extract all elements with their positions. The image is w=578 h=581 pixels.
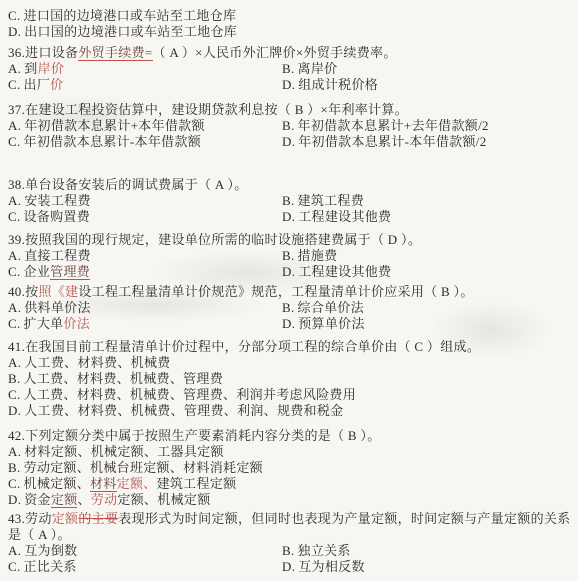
text-segment: 正比关系	[24, 559, 77, 574]
option-label: D.	[8, 403, 21, 418]
q37-stem: 37.在建设工程投资估算中，建设期贷款利息按（ B ）×年利率计算。	[8, 102, 572, 118]
q40-option-b: B.综合单价法	[282, 300, 572, 316]
q37-option-c: C.年初借款本息累计-本年借款额	[8, 134, 282, 150]
q37-option-a: A.年初借款本息累计+本年借款额	[8, 118, 282, 134]
text-segment: 36.进口设备	[8, 45, 78, 60]
text-segment: 出口国的边境港口或车站至工地仓库	[24, 24, 237, 39]
text-segment: 供料单价法	[24, 300, 91, 315]
option-label: D.	[282, 316, 295, 331]
q41-option-d: D.人工费、材料费、机械费、管理费、利润、规费和税金	[8, 403, 572, 419]
q36-option-d: D.组成计税价格	[282, 77, 572, 93]
q36-options: A.到岸价B.离岸价C.出厂价D.组成计税价格	[8, 61, 572, 93]
text-segment: 42.下列定额分类中属于按照生产要素消耗内容分类的是（ B ）。	[8, 428, 381, 443]
q38-option-c: C.设备购置费	[8, 209, 282, 225]
text-segment: 37.在建设工程投资估算中，建设期贷款利息按（ B ）×年利率计算。	[8, 102, 408, 117]
q38-option-b: B.建筑工程费	[282, 193, 572, 209]
text-segment: 组成计税价格	[298, 77, 378, 92]
q40-option-a: A.供料单价法	[8, 300, 282, 316]
text-segment: 离岸价	[298, 61, 338, 76]
option-label: A.	[8, 444, 21, 459]
text-segment: 到	[24, 61, 37, 76]
q43-option-b: B.独立关系	[282, 543, 572, 559]
red-annotation: 定额	[52, 511, 79, 526]
text-segment: 措施费	[298, 248, 338, 263]
exam-page: C.进口国的边境港口或车站至工地仓库D.出口国的边境港口或车站至工地仓库36.进…	[0, 0, 578, 575]
q41-option-a: A.人工费、材料费、机械费	[8, 355, 572, 371]
text-segment: 建筑工程定额	[157, 476, 237, 491]
q43-option-a: A.互为倒数	[8, 543, 282, 559]
q35-tail-options: C.进口国的边境港口或车站至工地仓库D.出口国的边境港口或车站至工地仓库	[8, 8, 572, 40]
option-label: C.	[8, 476, 21, 491]
q40-option-d: D.预算单价法	[282, 316, 572, 332]
option-label: A.	[8, 355, 21, 370]
q39-stem: 39.按照我国的现行规定，建设单位所需的临时设施搭建费属于（ D ）。	[8, 232, 572, 248]
q42-option-b: B.劳动定额、机械台班定额、材料消耗定额	[8, 460, 572, 476]
q39-option-b: B.措施费	[282, 248, 572, 264]
q41-block: 41.在我国目前工程量清单计价过程中，分部分项工程的综合单价由（ C ）组成。A…	[8, 339, 572, 419]
q35-tail-block: C.进口国的边境港口或车站至工地仓库D.出口国的边境港口或车站至工地仓库	[8, 8, 572, 40]
text-segment: 工程建设其他费	[298, 209, 391, 224]
q41-stem: 41.在我国目前工程量清单计价过程中，分部分项工程的综合单价由（ C ）组成。	[8, 339, 572, 355]
q40-stem: 40.按照《建设工程工程量清单计价规范》规范，工程量清单计价应采用（ B ）。	[8, 284, 572, 300]
q39-option-c: C.企业管理费	[8, 264, 282, 280]
option-label: B.	[282, 193, 295, 208]
option-label: C.	[8, 8, 21, 23]
option-label: B.	[282, 118, 295, 133]
red-annotation: 劳动	[91, 492, 118, 507]
text-segment: 机械定额、	[24, 476, 91, 491]
q38-option-d: D.工程建设其他费	[282, 209, 572, 225]
q39-option-d: D.工程建设其他费	[282, 264, 572, 280]
q39-options: A.直接工程费B.措施费C.企业管理费D.工程建设其他费	[8, 248, 572, 280]
text-segment: 出厂	[24, 77, 51, 92]
q41-options: A.人工费、材料费、机械费B.人工费、材料费、机械费、管理费C.人工费、材料费、…	[8, 355, 572, 419]
red-annotation: 定额	[51, 492, 78, 508]
q42-block: 42.下列定额分类中属于按照生产要素消耗内容分类的是（ B ）。A.材料定额、机…	[8, 428, 572, 508]
option-label: A.	[8, 248, 21, 263]
text-segment: 人工费、材料费、机械费、管理费、利润并考虑风险费用	[24, 387, 357, 402]
red-annotation: 岸价	[38, 61, 65, 76]
red-annotation: 的主要	[78, 511, 118, 526]
option-label: D.	[282, 264, 295, 279]
q38-option-a: A.安装工程费	[8, 193, 282, 209]
q38-stem: 38.单台设备安装后的调试费属于（ A ）。	[8, 177, 572, 193]
q36-option-b: B.离岸价	[282, 61, 572, 77]
text-segment: 、	[77, 492, 90, 507]
option-label: D.	[8, 492, 21, 507]
option-label: D.	[282, 559, 295, 574]
text-segment: 劳动定额、机械台班定额、材料消耗定额	[24, 460, 263, 475]
red-annotation: 材料	[90, 476, 117, 492]
text-segment: 扩大单	[24, 316, 64, 331]
text-segment: 综合单价法	[298, 300, 365, 315]
option-label: C.	[8, 77, 21, 92]
text-segment: 年初借款本息累计+去年借款额/2	[298, 118, 489, 133]
q36-stem: 36.进口设备外贸手续费=（ A ）×人民币外汇牌价×外贸手续费率。	[8, 45, 572, 61]
red-annotation: 管理费	[50, 264, 90, 280]
option-label: A.	[8, 300, 21, 315]
q43-option-c: C.正比关系	[8, 559, 282, 575]
option-label: C.	[8, 134, 21, 149]
q37-option-d: D.年初借款本息累计-本年借款额/2	[282, 134, 572, 150]
q42-option-d: D.资金定额、劳动定额、机械定额	[8, 492, 572, 508]
red-annotation: 价法	[63, 316, 90, 331]
option-label: B.	[8, 460, 21, 475]
text-segment: 建筑工程费	[298, 193, 365, 208]
text-segment: 人工费、材料费、机械费、管理费	[24, 371, 224, 386]
q42-option-a: A.材料定额、机械定额、工器具定额	[8, 444, 572, 460]
text-segment: 40.按	[8, 284, 38, 299]
text-segment: 互为倒数	[24, 543, 77, 558]
red-annotation: 定额、	[117, 476, 157, 491]
q35-tail-option-d: D.出口国的边境港口或车站至工地仓库	[8, 24, 572, 40]
option-label: A.	[8, 118, 21, 133]
option-label: C.	[8, 387, 21, 402]
q39-block: 39.按照我国的现行规定，建设单位所需的临时设施搭建费属于（ D ）。A.直接工…	[8, 232, 572, 280]
text-segment: 43.劳动	[8, 511, 52, 526]
q40-option-c: C.扩大单价法	[8, 316, 282, 332]
q36-block: 36.进口设备外贸手续费=（ A ）×人民币外汇牌价×外贸手续费率。A.到岸价B…	[8, 45, 572, 93]
option-label: C.	[8, 559, 21, 574]
text-segment: 预算单价法	[298, 316, 365, 331]
option-label: B.	[282, 543, 295, 558]
option-label: D.	[282, 77, 295, 92]
text-segment: 设工程工程量清单计价规范》规范，工程量清单计价应采用（ B ）。	[78, 284, 473, 299]
text-segment: 年初借款本息累计-本年借款额	[24, 134, 202, 149]
q42-option-c: C.机械定额、材料定额、建筑工程定额	[8, 476, 572, 492]
option-label: B.	[282, 300, 295, 315]
text-segment: 年初借款本息累计+本年借款额	[24, 118, 205, 133]
text-segment: 人工费、材料费、机械费、管理费、利润、规费和税金	[24, 403, 343, 418]
red-annotation: 外贸手续费=	[78, 45, 152, 61]
q37-block: 37.在建设工程投资估算中，建设期贷款利息按（ B ）×年利率计算。A.年初借款…	[8, 102, 572, 150]
q41-option-b: B.人工费、材料费、机械费、管理费	[8, 371, 572, 387]
text-segment: 年初借款本息累计-本年借款额/2	[298, 134, 486, 149]
q43-options: A.互为倒数B.独立关系C.正比关系D.互为相反数	[8, 543, 572, 575]
text-segment: 工程建设其他费	[298, 264, 391, 279]
option-label: B.	[282, 61, 295, 76]
text-segment: （ A ）×人民币外汇牌价×外贸手续费率。	[153, 45, 397, 60]
text-segment: 企业	[24, 264, 51, 279]
red-annotation: 价	[50, 77, 63, 92]
q41-option-c: C.人工费、材料费、机械费、管理费、利润并考虑风险费用	[8, 387, 572, 403]
q39-option-a: A.直接工程费	[8, 248, 282, 264]
option-label: C.	[8, 316, 21, 331]
q40-options: A.供料单价法B.综合单价法C.扩大单价法D.预算单价法	[8, 300, 572, 332]
text-segment: 材料定额、机械定额、工器具定额	[24, 444, 224, 459]
option-label: D.	[8, 24, 21, 39]
q42-stem: 42.下列定额分类中属于按照生产要素消耗内容分类的是（ B ）。	[8, 428, 572, 444]
option-label: A.	[8, 193, 21, 208]
text-segment: 进口国的边境港口或车站至工地仓库	[24, 8, 237, 23]
q40-block: 40.按照《建设工程工程量清单计价规范》规范，工程量清单计价应采用（ B ）。A…	[8, 284, 572, 332]
text-segment: 安装工程费	[24, 193, 91, 208]
text-segment: 39.按照我国的现行规定，建设单位所需的临时设施搭建费属于（ D ）。	[8, 232, 421, 247]
q37-option-b: B.年初借款本息累计+去年借款额/2	[282, 118, 572, 134]
text-segment: 定额、机械定额	[117, 492, 210, 507]
q38-block: 38.单台设备安装后的调试费属于（ A ）。A.安装工程费B.建筑工程费C.设备…	[8, 177, 572, 225]
option-label: D.	[282, 209, 295, 224]
q43-stem: 43.劳动定额的主要表现形式为时间定额，但同时也表现为产量定额，时间定额与产量定…	[8, 511, 572, 543]
text-segment: 人工费、材料费、机械费	[24, 355, 170, 370]
text-segment: 独立关系	[298, 543, 351, 558]
option-label: B.	[282, 248, 295, 263]
option-label: C.	[8, 264, 21, 279]
text-segment: 设备购置费	[24, 209, 91, 224]
q35-tail-option-c: C.进口国的边境港口或车站至工地仓库	[8, 8, 572, 24]
q36-option-c: C.出厂价	[8, 77, 282, 93]
q43-option-d: D.互为相反数	[282, 559, 572, 575]
q42-options: A.材料定额、机械定额、工器具定额B.劳动定额、机械台班定额、材料消耗定额C.机…	[8, 444, 572, 508]
text-segment: 互为相反数	[298, 559, 365, 574]
text-segment: 直接工程费	[24, 248, 91, 263]
option-label: D.	[282, 134, 295, 149]
q37-options: A.年初借款本息累计+本年借款额B.年初借款本息累计+去年借款额/2C.年初借款…	[8, 118, 572, 150]
text-segment: 资金	[24, 492, 51, 507]
option-label: C.	[8, 209, 21, 224]
text-segment: 38.单台设备安装后的调试费属于（ A ）。	[8, 177, 248, 192]
red-annotation: 照《建	[38, 284, 78, 299]
option-label: A.	[8, 543, 21, 558]
option-label: A.	[8, 61, 21, 76]
option-label: B.	[8, 371, 21, 386]
q36-option-a: A.到岸价	[8, 61, 282, 77]
text-segment: 41.在我国目前工程量清单计价过程中，分部分项工程的综合单价由（ C ）组成。	[8, 339, 480, 354]
q43-block: 43.劳动定额的主要表现形式为时间定额，但同时也表现为产量定额，时间定额与产量定…	[8, 511, 572, 575]
q38-options: A.安装工程费B.建筑工程费C.设备购置费D.工程建设其他费	[8, 193, 572, 225]
